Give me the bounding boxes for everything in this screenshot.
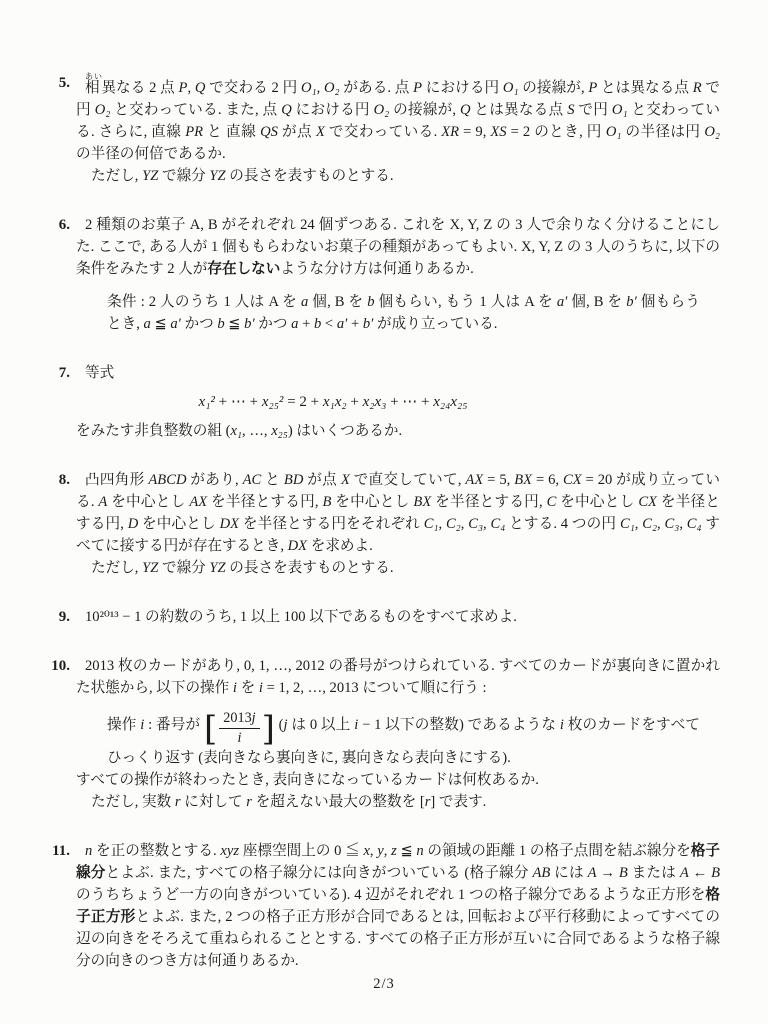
problem-number: 6. bbox=[40, 214, 70, 236]
math-variable: Q bbox=[281, 102, 292, 118]
math-variable: AX bbox=[189, 494, 207, 510]
math-variable: R bbox=[693, 80, 702, 96]
math-variable: D bbox=[128, 516, 139, 532]
math-variable: O₁ bbox=[612, 102, 628, 118]
math-variable: AB bbox=[532, 865, 550, 881]
math-variable: xyz bbox=[220, 843, 239, 859]
math-variable: O₁ bbox=[606, 124, 622, 140]
math-variable: XR bbox=[441, 124, 459, 140]
math-variable: BD bbox=[284, 472, 303, 488]
math-variable: j bbox=[252, 710, 256, 726]
math-variable: x₁² bbox=[199, 394, 215, 410]
problem-number: 5. bbox=[40, 72, 70, 94]
math-variable: i bbox=[354, 717, 358, 733]
problem-text: n を正の整数とする. xyz 座標空間上の 0 ≦ x, y, z ≦ n の… bbox=[76, 840, 720, 972]
math-variable: X bbox=[341, 472, 350, 488]
math-variable: S bbox=[567, 102, 574, 118]
math-variable: C bbox=[547, 494, 557, 510]
math-variable: O₂ bbox=[374, 102, 390, 118]
math-variable: C₂ bbox=[642, 516, 657, 532]
note-line: ただし, YZ で線分 YZ の長さを表すものとする. bbox=[76, 165, 720, 187]
ruby-furigana: 相あい bbox=[85, 80, 101, 96]
math-variable: x₂₄x₂₅ bbox=[433, 394, 467, 410]
math-variable: C₃ bbox=[665, 516, 680, 532]
math-variable: P bbox=[588, 80, 597, 96]
math-variable: P bbox=[179, 80, 188, 96]
math-variable: x₁x₂ bbox=[323, 394, 347, 410]
math-variable: a bbox=[291, 316, 298, 332]
math-variable: O₂ bbox=[704, 124, 720, 140]
math-variable: x₂x₃ bbox=[363, 394, 387, 410]
math-variable: i bbox=[237, 730, 241, 746]
math-variable: b′ bbox=[363, 316, 374, 332]
problem-text: 凸四角形 ABCD があり, AC と BD が点 X で直交していて, AX … bbox=[76, 469, 720, 557]
math-variable: B bbox=[322, 494, 331, 510]
problem-text: 相あい異なる 2 点 P, Q で交わる 2 円 O₁, O₂ がある. 点 P… bbox=[76, 72, 720, 165]
math-variable: i bbox=[560, 717, 564, 733]
problem-text: すべての操作が終わったとき, 表向きになっているカードは何枚あるか. bbox=[76, 769, 720, 791]
math-variable: b′ bbox=[626, 294, 637, 310]
math-variable: z bbox=[391, 843, 397, 859]
indented-clause: 条件 : 2 人のうち 1 人は A を a 個, B を b 個もらい, もう… bbox=[107, 291, 720, 335]
math-variable: Q bbox=[460, 102, 471, 118]
math-variable: b′ bbox=[244, 316, 255, 332]
math-variable: C₄ bbox=[687, 516, 702, 532]
math-variable: DX bbox=[220, 516, 239, 532]
math-variable: O₂ bbox=[95, 102, 111, 118]
math-variable: r bbox=[425, 794, 431, 810]
math-variable: O₁ bbox=[503, 80, 519, 96]
math-variable: QS bbox=[260, 124, 278, 140]
math-variable: x₂₅² bbox=[262, 394, 284, 410]
math-variable: C₁ bbox=[424, 516, 439, 532]
math-variable: P bbox=[413, 80, 422, 96]
math-variable: YZ bbox=[142, 560, 158, 576]
math-variable: x₂₅ bbox=[271, 423, 288, 439]
problem-text: 2 種類のお菓子 A, B がそれぞれ 24 個ずつある. これを X, Y, … bbox=[76, 214, 720, 280]
problem-list: 5.相あい異なる 2 点 P, Q で交わる 2 円 O₁, O₂ がある. 点… bbox=[76, 72, 720, 972]
bold-term: 存在しない bbox=[207, 261, 280, 277]
math-variable: YZ bbox=[209, 168, 225, 184]
fraction: 2013ji bbox=[217, 710, 261, 747]
math-variable: b bbox=[217, 316, 224, 332]
right-bracket: ] bbox=[262, 709, 275, 749]
math-variable: BX bbox=[514, 472, 532, 488]
math-variable: i bbox=[259, 680, 263, 696]
math-variable: i bbox=[233, 680, 237, 696]
math-variable: r bbox=[246, 794, 252, 810]
math-variable: XS bbox=[490, 124, 506, 140]
math-variable: a′ bbox=[170, 316, 181, 332]
math-variable: n bbox=[85, 843, 92, 859]
fraction-denominator: i bbox=[219, 729, 259, 747]
math-variable: y bbox=[377, 843, 383, 859]
math-variable: O₂ bbox=[324, 80, 340, 96]
math-variable: DX bbox=[288, 538, 307, 554]
math-variable: x bbox=[363, 843, 369, 859]
math-variable: AX bbox=[465, 472, 483, 488]
left-bracket: [ bbox=[204, 709, 217, 749]
note-line: ただし, 実数 r に対して r を超えない最大の整数を [r] で表す. bbox=[76, 791, 720, 813]
math-variable: CX bbox=[563, 472, 582, 488]
math-variable: PR bbox=[185, 124, 203, 140]
math-variable: n bbox=[416, 843, 423, 859]
problem-number: 10. bbox=[40, 655, 70, 677]
math-variable: Q bbox=[195, 80, 206, 96]
math-variable: b bbox=[367, 294, 374, 310]
math-variable: YZ bbox=[209, 560, 225, 576]
problem-text: 等式 bbox=[76, 362, 720, 384]
math-variable: C₄ bbox=[490, 516, 505, 532]
math-variable: ABCD bbox=[148, 472, 186, 488]
math-variable: CX bbox=[638, 494, 657, 510]
math-variable: A bbox=[98, 494, 107, 510]
math-variable: AC bbox=[243, 472, 262, 488]
math-variable: A bbox=[588, 865, 597, 881]
scanned-exam-page: 5.相あい異なる 2 点 P, Q で交わる 2 円 O₁, O₂ がある. 点… bbox=[0, 0, 768, 1024]
math-variable: C₂ bbox=[446, 516, 461, 532]
math-variable: x₁ bbox=[230, 423, 242, 439]
problem: 8.凸四角形 ABCD があり, AC と BD が点 X で直交していて, A… bbox=[76, 469, 720, 579]
math-variable: O₁ bbox=[301, 80, 317, 96]
math-variable: i bbox=[140, 717, 144, 733]
problem: 6.2 種類のお菓子 A, B がそれぞれ 24 個ずつある. これを X, Y… bbox=[76, 214, 720, 335]
equation: x₁² + ⋯ + x₂₅² = 2 + x₁x₂ + x₂x₃ + ⋯ + x… bbox=[76, 391, 720, 413]
math-variable: YZ bbox=[142, 168, 158, 184]
math-variable: X bbox=[316, 124, 325, 140]
math-variable: C₃ bbox=[468, 516, 483, 532]
math-variable: B bbox=[619, 865, 628, 881]
problem: 5.相あい異なる 2 点 P, Q で交わる 2 円 O₁, O₂ がある. 点… bbox=[76, 72, 720, 187]
fraction-numerator: 2013j bbox=[219, 710, 259, 729]
math-variable: j bbox=[284, 717, 288, 733]
math-variable: a bbox=[144, 316, 151, 332]
note-line: ただし, YZ で線分 YZ の長さを表すものとする. bbox=[76, 557, 720, 579]
problem-number: 11. bbox=[40, 840, 70, 862]
problem: 11.n を正の整数とする. xyz 座標空間上の 0 ≦ x, y, z ≦ … bbox=[76, 840, 720, 972]
problem-number: 7. bbox=[40, 362, 70, 384]
problem-text: 2013 枚のカードがあり, 0, 1, …, 2012 の番号がつけられている… bbox=[76, 655, 720, 699]
footer-page-number: 2/3 bbox=[0, 976, 768, 993]
problem: 10.2013 枚のカードがあり, 0, 1, …, 2012 の番号がつけられ… bbox=[76, 655, 720, 813]
math-variable: a′ bbox=[337, 316, 348, 332]
math-variable: r bbox=[175, 794, 181, 810]
problem: 7.等式x₁² + ⋯ + x₂₅² = 2 + x₁x₂ + x₂x₃ + ⋯… bbox=[76, 362, 720, 442]
math-variable: BX bbox=[413, 494, 431, 510]
problem: 9.10²⁰¹³ − 1 の約数のうち, 1 以上 100 以下であるものをすべ… bbox=[76, 606, 720, 628]
problem-text: 10²⁰¹³ − 1 の約数のうち, 1 以上 100 以下であるものをすべて求… bbox=[76, 606, 720, 628]
math-variable: B bbox=[711, 865, 720, 881]
math-variable: C₁ bbox=[620, 516, 635, 532]
math-variable: A bbox=[680, 865, 689, 881]
bold-term: 格子正方形 bbox=[76, 887, 720, 925]
indented-clause: 操作 i : 番号が [2013ji] (j は 0 以上 i − 1 以下の整… bbox=[107, 710, 720, 769]
problem-number: 9. bbox=[40, 606, 70, 628]
math-variable: a′ bbox=[557, 294, 568, 310]
math-variable: b bbox=[314, 316, 321, 332]
problem-number: 8. bbox=[40, 469, 70, 491]
problem-text: をみたす非負整数の組 (x₁, …, x₂₅) はいくつあるか. bbox=[76, 420, 720, 442]
math-variable: a bbox=[301, 294, 308, 310]
